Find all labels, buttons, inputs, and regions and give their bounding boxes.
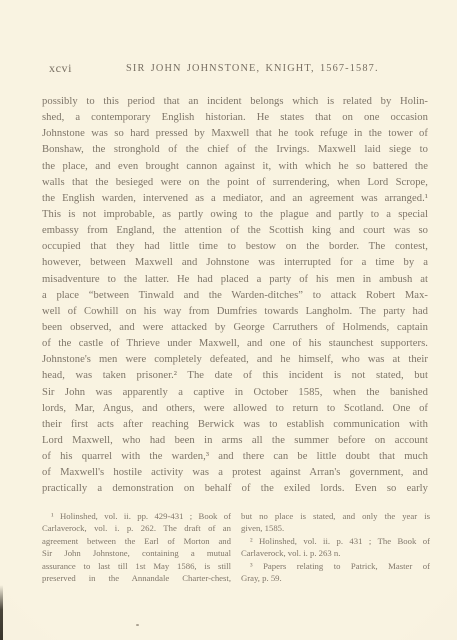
body-line: head, was taken prisoner.² The date of t… [42, 368, 428, 384]
running-head: xcvi SIR JOHN JOHNSTONE, KNIGHT, 1567-15… [42, 61, 428, 76]
footnote-column-left: ¹ Holinshed, vol. ii. pp. 429-431 ; Book… [42, 510, 231, 584]
body-line: however, between Maxwell and Johnstone w… [42, 255, 428, 271]
running-title: SIR JOHN JOHNSTONE, KNIGHT, 1567-1587. [126, 63, 379, 74]
footnote-line: preserved in the Annandale Charter-chest… [42, 572, 231, 584]
body-line: their first acts after reaching Berwick … [42, 417, 428, 433]
footnote-column-right: but no place is stated, and only the yea… [241, 510, 430, 584]
footnote-line: ² Holinshed, vol. ii. p. 431 ; The Book … [241, 535, 430, 547]
footnotes: ¹ Holinshed, vol. ii. pp. 429-431 ; Book… [42, 510, 430, 584]
body-line: the English warden, intervened as a medi… [42, 191, 428, 207]
footnote-line: ³ Papers relating to Patrick, Master of [241, 560, 430, 572]
body-line: of his quarrel with the warden,³ and the… [42, 449, 428, 465]
body-line: Johnstone's men were completely defeated… [42, 352, 428, 368]
body-line: of the castle of Thrieve under Maxwell, … [42, 336, 428, 352]
body-line: been observed, and were attacked by Geor… [42, 320, 428, 336]
body-line: Sir John was apparently a captive in Oct… [42, 385, 428, 401]
book-page: xcvi SIR JOHN JOHNSTONE, KNIGHT, 1567-15… [0, 0, 457, 640]
footnote-line: assurance to last till 1st May 1586, is … [42, 560, 231, 572]
body-line: practically a demonstration on behalf of… [42, 481, 428, 497]
body-line: embassy from England, the attention of t… [42, 223, 428, 239]
body-line: a place “between Tinwald and the Warden-… [42, 288, 428, 304]
body-line: occupied that they had little time to be… [42, 239, 428, 255]
body-line: possibly to this period that an incident… [42, 94, 428, 110]
body-line: the place, and even brought cannon again… [42, 159, 428, 175]
footnote-line: ¹ Holinshed, vol. ii. pp. 429-431 ; Book… [42, 510, 231, 522]
body-line: This is not improbable, as partly owing … [42, 207, 428, 223]
body-line: Johnstone was so hard pressed by Maxwell… [42, 126, 428, 142]
body-line: well of Cowhill on his way from Dumfries… [42, 304, 428, 320]
footnote-line: but no place is stated, and only the yea… [241, 510, 430, 522]
footnote-line: Gray, p. 59. [241, 572, 430, 584]
footnote-line: agreement between the Earl of Morton and [42, 535, 231, 547]
footnote-line: given, 1585. [241, 522, 430, 534]
body-line: misadventure to the latter. He had place… [42, 272, 428, 288]
body-line: lords, Mar, Angus, and others, were allo… [42, 401, 428, 417]
body-line: Bonshaw, the stronghold of the chief of … [42, 142, 428, 158]
body-line: Lord Maxwell, who had been in arms all t… [42, 433, 428, 449]
body-text: possibly to this period that an incident… [42, 94, 428, 498]
footnote-line: Carlaverock, vol. i. p. 262. The draft o… [42, 522, 231, 534]
body-line: of Maxwell's hostile activity was a prot… [42, 465, 428, 481]
scan-edge-artifact [0, 585, 3, 640]
body-line: shed, a contemporary English historian. … [42, 110, 428, 126]
body-line: walls that the besieged were on the poin… [42, 175, 428, 191]
footnote-line: Carlaverock, vol. i. p. 263 n. [241, 547, 430, 559]
scan-speck-artifact [136, 624, 139, 626]
footnote-line: Sir John Johnstone, containing a mutual [42, 547, 231, 559]
page-number: xcvi [49, 61, 72, 76]
